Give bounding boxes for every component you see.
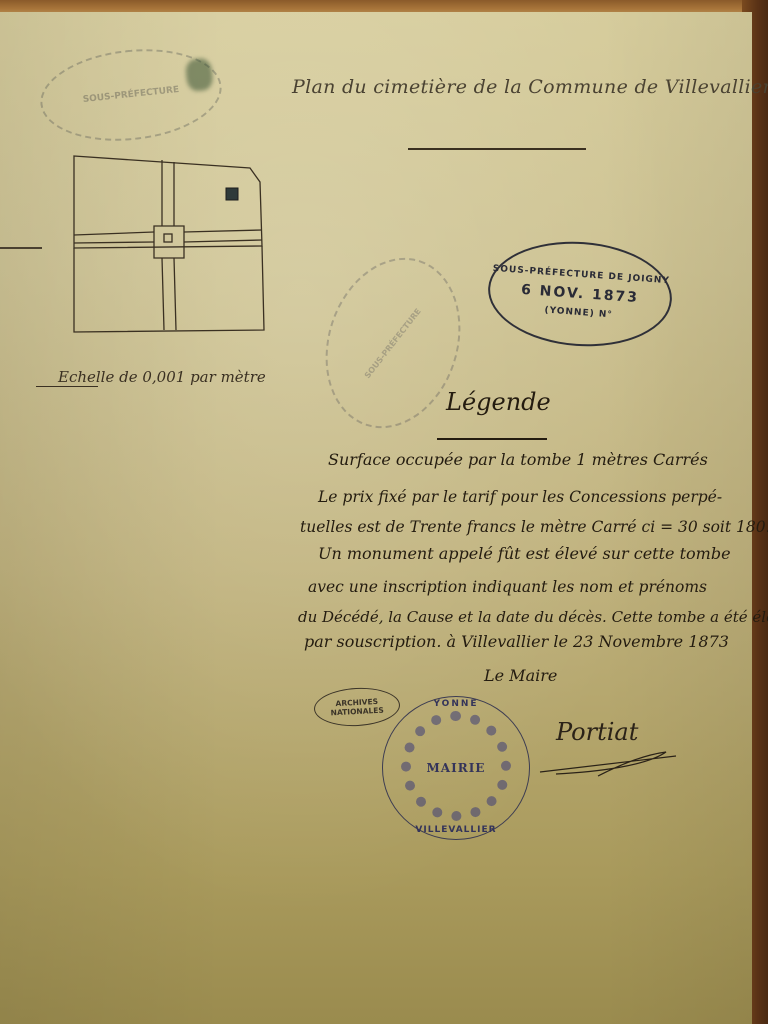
mayor-title: Le Maire — [484, 666, 557, 685]
legend-line: tuelles est de Trente francs le mètre Ca… — [300, 518, 768, 536]
place-and-date-line: par souscription. à Villevallier le 23 N… — [304, 632, 729, 651]
scale-rule — [36, 386, 98, 387]
document-title: Plan du cimetière de la Commune de Ville… — [292, 76, 768, 98]
title-underline — [408, 148, 586, 150]
legend-line: avec une inscription indiquant les nom e… — [308, 578, 707, 596]
mairie-seal-stamp: YONNE MAIRIE VILLEVALLIER — [382, 696, 530, 840]
stamp-ring-text: SOUS-PRÉFECTURE DE JOIGNY — [492, 264, 670, 286]
legend-line: du Décédé, la Cause et la date du décès.… — [298, 608, 768, 626]
legend-underline — [437, 438, 547, 440]
laurel-wreath-icon — [401, 711, 511, 821]
legend-line: Surface occupée par la tombe 1 mètres Ca… — [328, 450, 708, 469]
stamp-date: 6 NOV. 1873 — [521, 282, 640, 306]
seal-bottom-text: VILLEVALLIER — [383, 825, 529, 835]
legend-heading: Légende — [446, 388, 551, 416]
legend-line: Un monument appelé fût est élevé sur cet… — [318, 544, 731, 563]
scale-caption: Echelle de 0,001 par mètre — [58, 368, 266, 386]
stamp-bottom-text: (YONNE) N° — [544, 306, 613, 321]
legend-line: Le prix fixé par le tarif pour les Conce… — [318, 488, 722, 506]
ink-blot — [185, 57, 214, 92]
margin-rule — [0, 247, 42, 249]
seal-top-text: YONNE — [383, 699, 529, 709]
cemetery-plan-drawing — [72, 154, 268, 334]
signature-flourish — [536, 742, 686, 782]
